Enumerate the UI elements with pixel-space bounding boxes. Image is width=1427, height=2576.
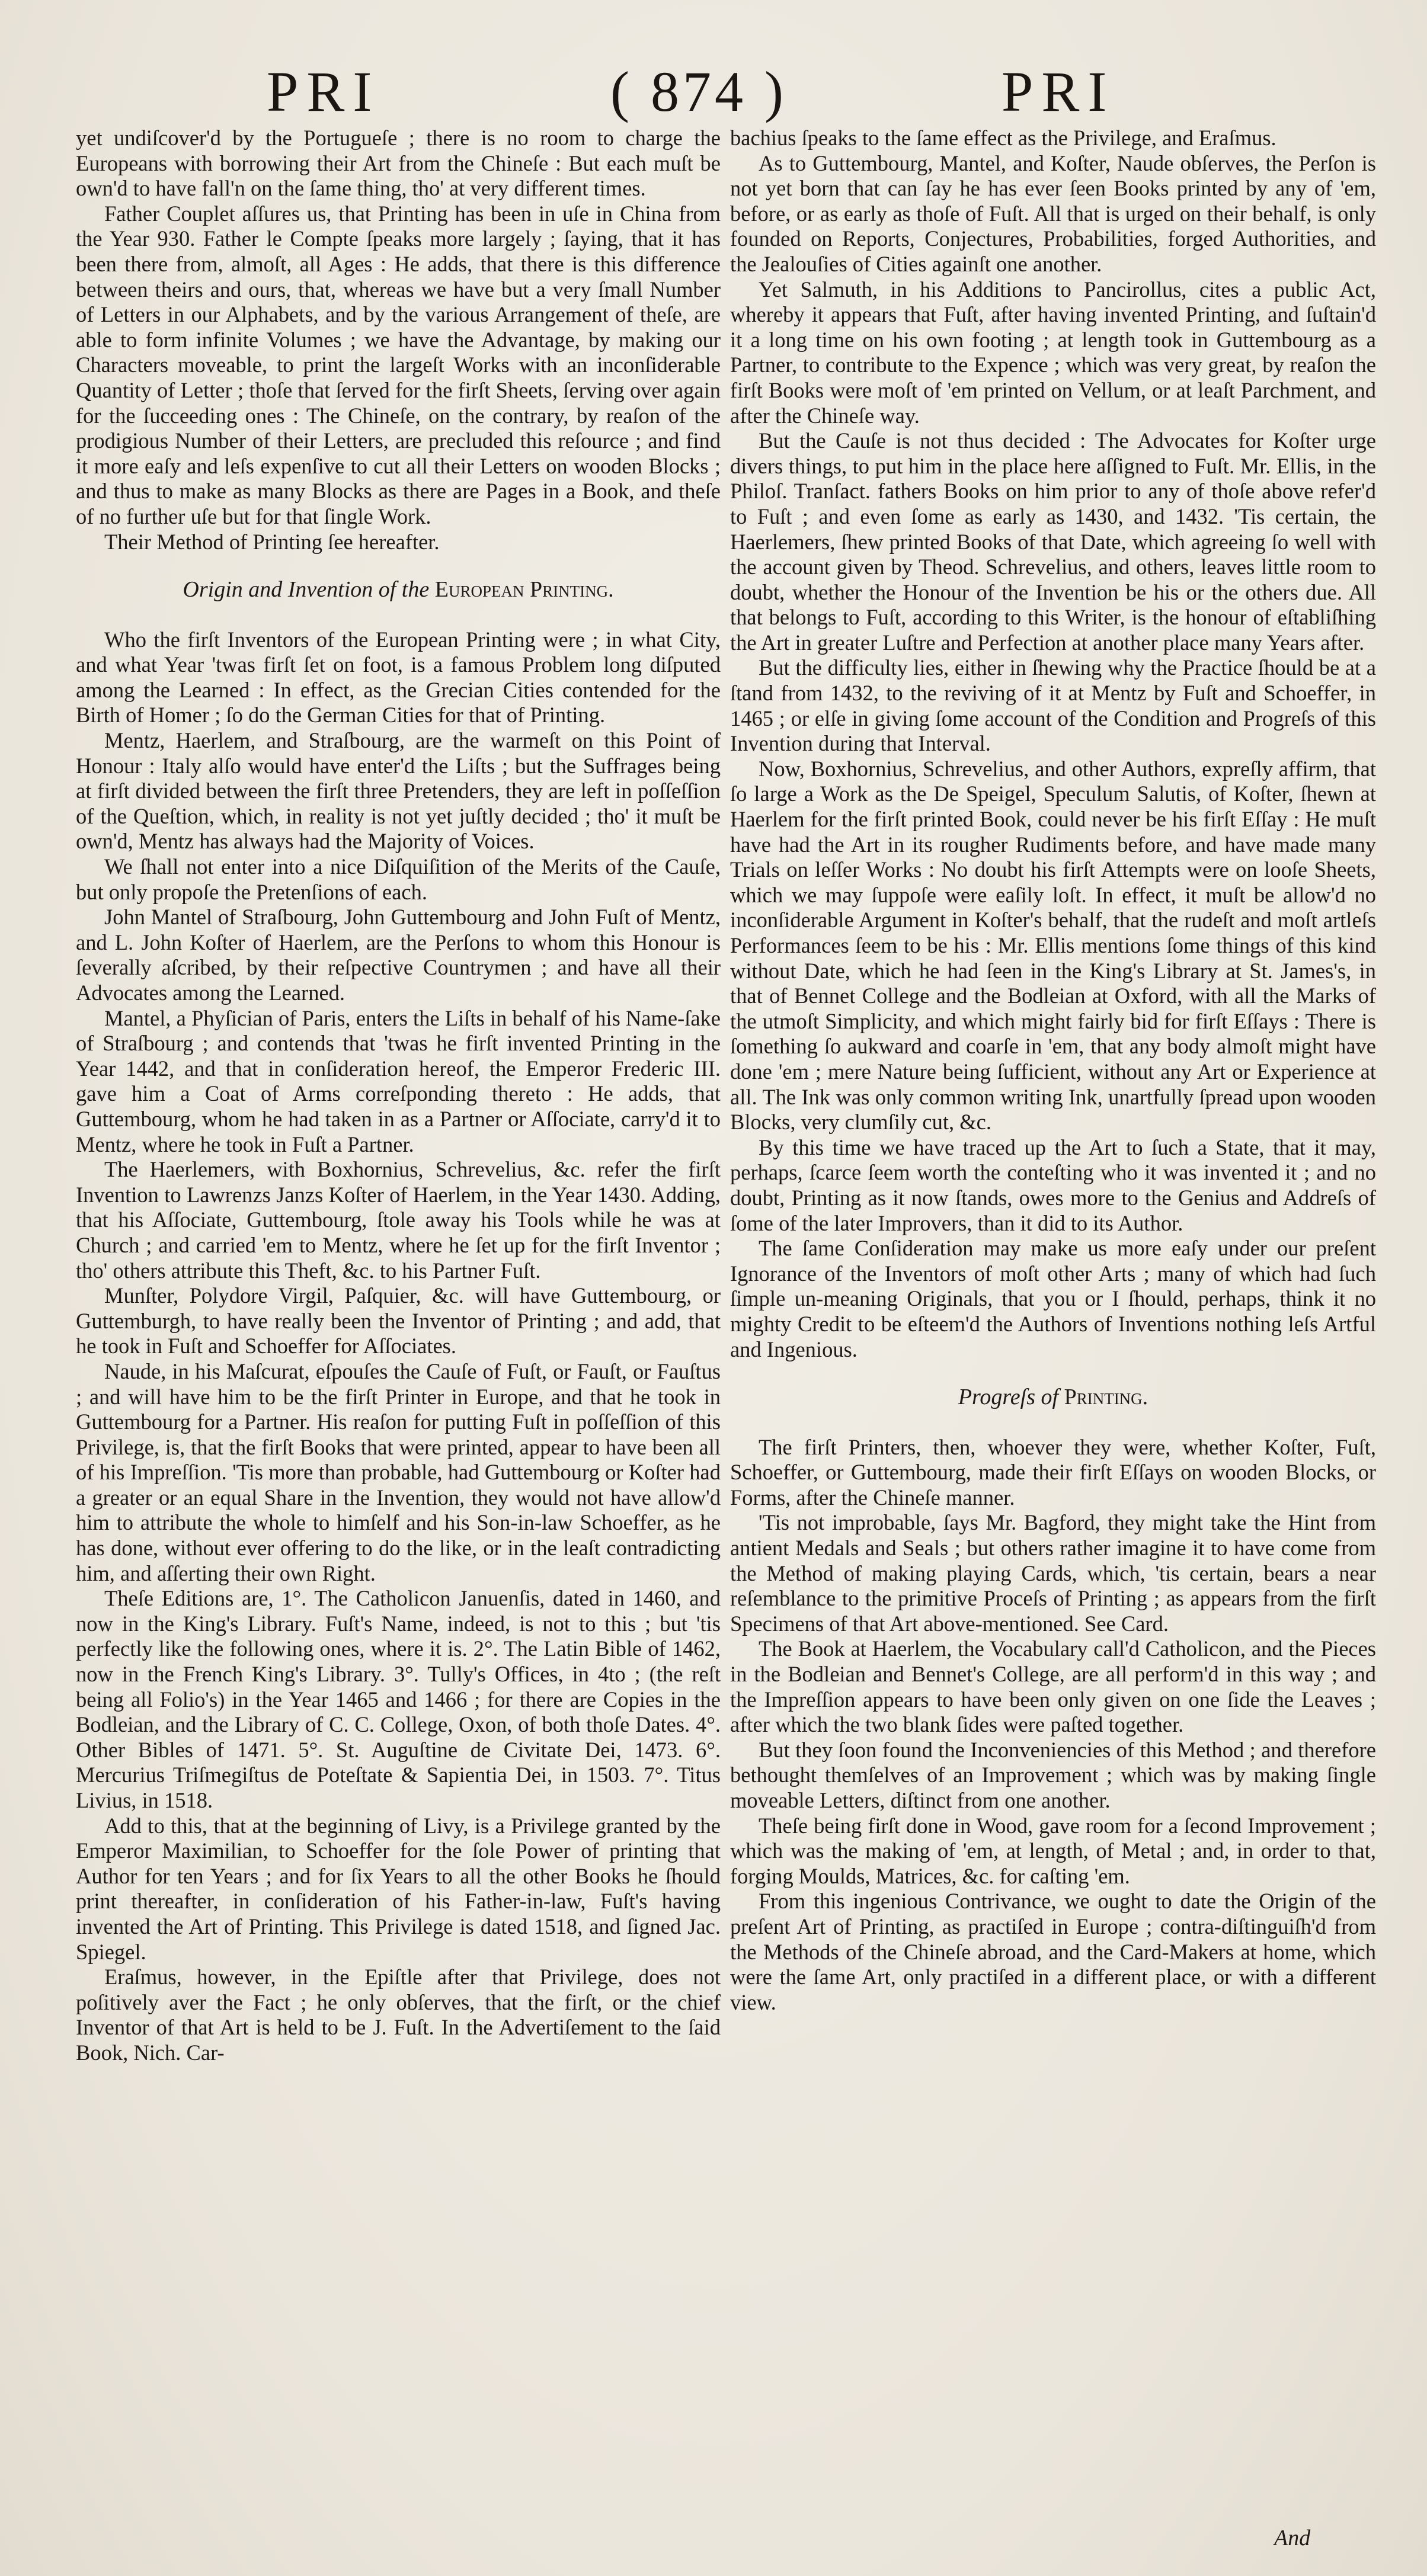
paragraph: Add to this, that at the beginning of Li…	[76, 1814, 721, 1965]
section-heading-smallcaps: European Printing.	[435, 577, 614, 602]
paragraph: But the difficulty lies, either in ſhewi…	[730, 655, 1376, 756]
paragraph: Mentz, Haerlem, and Straſbourg, are the …	[76, 728, 721, 854]
paragraph: But they ſoon found the Inconveniencies …	[730, 1738, 1376, 1814]
paragraph: Munſter, Polydore Virgil, Paſquier, &c. …	[76, 1283, 721, 1359]
paragraph: Father Couplet aſſures us, that Printing…	[76, 201, 721, 530]
header-left-keyword: PRI	[267, 56, 380, 127]
header-right-keyword: PRI	[1002, 56, 1115, 127]
paragraph: Who the firſt Inventors of the European …	[76, 627, 721, 728]
running-header: PRI ( 874 ) PRI	[0, 56, 1427, 127]
paragraph: Eraſmus, however, in the Epiſtle after t…	[76, 1965, 721, 2065]
paragraph: Their Method of Printing ſee hereafter.	[76, 530, 721, 555]
paragraph: The Haerlemers, with Boxhornius, Schreve…	[76, 1157, 721, 1283]
paragraph: The ſame Conſideration may make us more …	[730, 1236, 1376, 1362]
paragraph: John Mantel of Straſbourg, John Guttembo…	[76, 905, 721, 1005]
paragraph: As to Guttembourg, Mantel, and Koſter, N…	[730, 151, 1376, 277]
paragraph: Mantel, a Phyſician of Paris, enters the…	[76, 1006, 721, 1158]
section-heading-italic: Origin and Invention of the	[183, 577, 434, 602]
paragraph: Yet Salmuth, in his Additions to Panciro…	[730, 277, 1376, 429]
section-heading: Progreſs of Printing.	[730, 1385, 1376, 1410]
encyclopedia-page: PRI ( 874 ) PRI yet undiſcover'd by the …	[0, 0, 1427, 2576]
right-column: bachius ſpeaks to the ſame effect as the…	[730, 126, 1376, 2015]
paragraph: bachius ſpeaks to the ſame effect as the…	[730, 126, 1376, 151]
paragraph: Now, Boxhornius, Schrevelius, and other …	[730, 757, 1376, 1135]
catchword: And	[1274, 2525, 1310, 2551]
paragraph: Theſe being firſt done in Wood, gave roo…	[730, 1814, 1376, 1889]
paragraph: By this time we have traced up the Art t…	[730, 1135, 1376, 1236]
paragraph: 'Tis not improbable, ſays Mr. Bagford, t…	[730, 1510, 1376, 1636]
paragraph: But the Cauſe is not thus decided : The …	[730, 428, 1376, 655]
paragraph: The firſt Printers, then, whoever they w…	[730, 1435, 1376, 1511]
section-heading-italic: Progreſs of	[958, 1385, 1064, 1409]
paragraph: yet undiſcover'd by the Portugueſe ; the…	[76, 126, 721, 201]
left-column: yet undiſcover'd by the Portugueſe ; the…	[76, 126, 721, 2066]
paragraph: Theſe Editions are, 1°. The Catholicon J…	[76, 1586, 721, 1813]
paragraph: We ſhall not enter into a nice Diſquiſit…	[76, 854, 721, 905]
page-number: ( 874 )	[610, 56, 787, 127]
paragraph: Naude, in his Maſcurat, eſpouſes the Cau…	[76, 1359, 721, 1586]
paragraph: From this ingenious Contrivance, we ough…	[730, 1889, 1376, 2015]
paragraph: The Book at Haerlem, the Vocabulary call…	[730, 1636, 1376, 1737]
section-heading-smallcaps: Printing.	[1064, 1385, 1148, 1409]
section-heading: Origin and Invention of the European Pri…	[76, 577, 721, 603]
